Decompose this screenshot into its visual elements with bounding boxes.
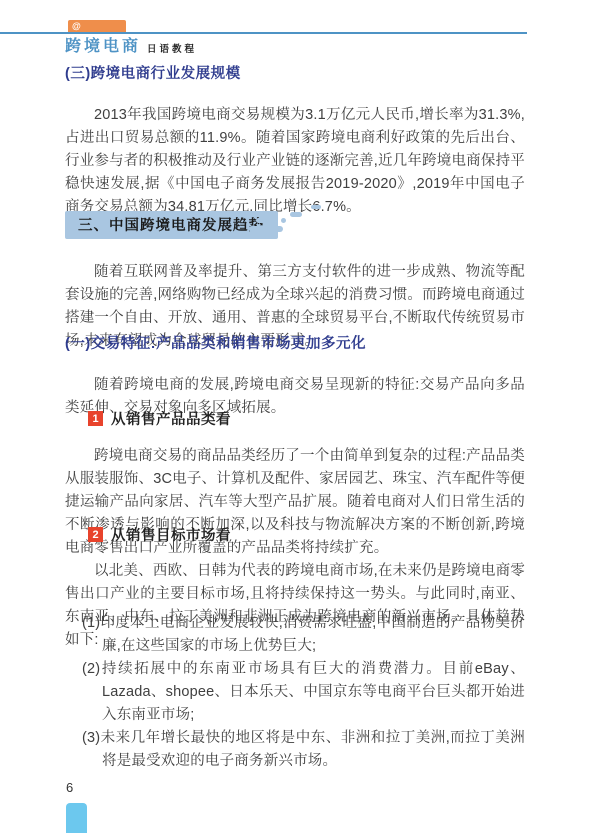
speedline-icon xyxy=(290,212,302,217)
list-item: (2)持续拓展中的东南亚市场具有巨大的消费潜力。目前eBay、Lazada、sh… xyxy=(82,658,525,727)
speedline-icon xyxy=(256,218,277,223)
chapter-band-title: 三、中国跨境电商发展趋势 xyxy=(65,211,278,239)
speedline-icon xyxy=(249,226,283,232)
header-brand: 跨境电商 日语教程 xyxy=(65,38,197,56)
item-title-label: 从销售目标市场看 xyxy=(111,524,231,545)
page-number: 6 xyxy=(66,780,73,795)
list-item: (1)印度本土电商企业发展较快,消费需求旺盛,中国制造的产品物美价廉,在这些国家… xyxy=(82,612,525,658)
numbered-item-1: 1 从销售产品品类看 xyxy=(88,408,231,429)
header-orange-tab: @ xyxy=(68,20,126,32)
heading-trade-feature: (一)交易特征:产品品类和销售市场更加多元化 xyxy=(65,332,366,353)
footer-blue-block xyxy=(66,803,87,833)
numbered-item-2: 2 从销售目标市场看 xyxy=(88,524,231,545)
trend-list: (1)印度本土电商企业发展较快,消费需求旺盛,中国制造的产品物美价廉,在这些国家… xyxy=(65,612,525,773)
item-title-label: 从销售产品品类看 xyxy=(111,408,231,429)
textbook-page: @ 跨境电商 日语教程 (三)跨境电商行业发展规模 2013年我国跨境电商交易规… xyxy=(0,0,590,833)
at-icon: @ xyxy=(72,21,81,31)
paragraph-industry-scale: 2013年我国跨境电商交易规模为3.1万亿元人民币,增长率为31.3%,占进出口… xyxy=(65,104,525,219)
list-item: (3)未来几年增长最快的地区将是中东、非洲和拉丁美洲,而拉丁美洲将是最受欢迎的电… xyxy=(82,727,525,773)
item-number-badge: 1 xyxy=(88,411,103,426)
item-number-badge: 2 xyxy=(88,527,103,542)
heading-industry-scale: (三)跨境电商行业发展规模 xyxy=(65,62,241,83)
brand-subtitle: 日语教程 xyxy=(147,41,197,55)
speedline-icon xyxy=(311,205,321,209)
brand-title: 跨境电商 xyxy=(65,38,141,56)
header-rule xyxy=(0,32,527,34)
speedline-dot-icon xyxy=(281,218,286,223)
